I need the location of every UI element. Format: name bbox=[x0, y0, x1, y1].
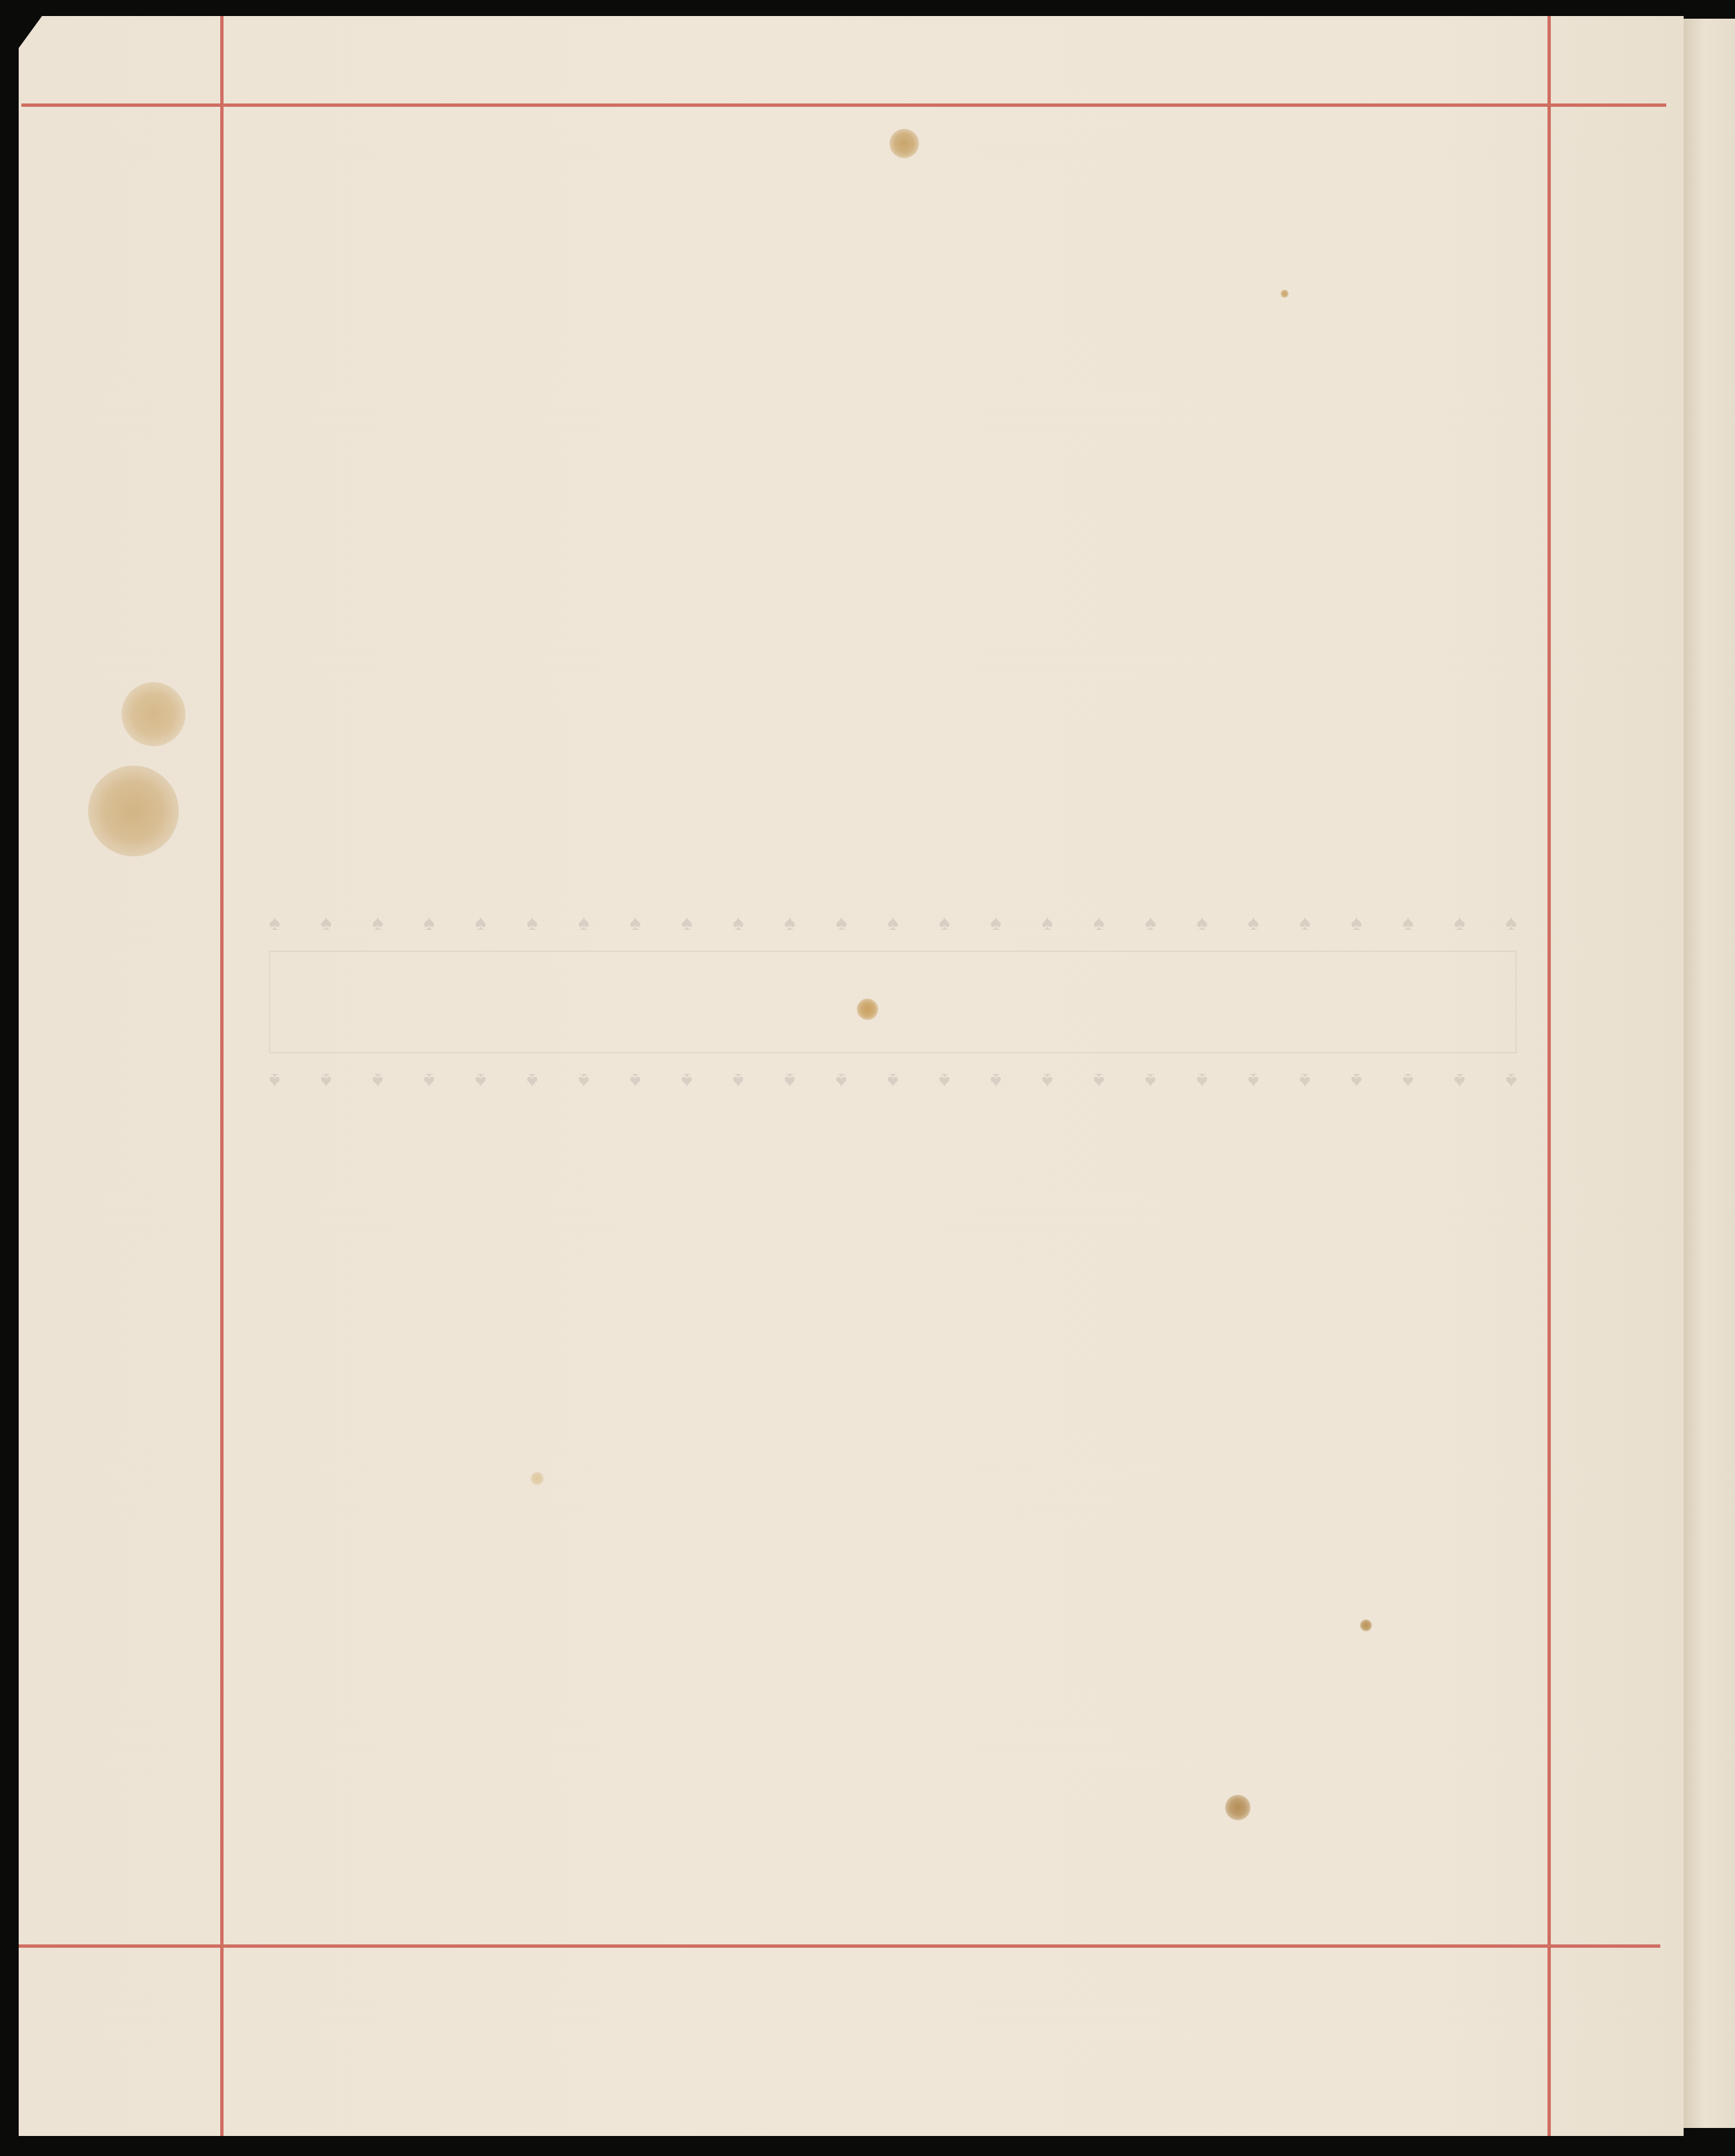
spot-bottom-stain bbox=[1225, 1795, 1251, 1820]
ornament-icon: ♠ bbox=[1454, 1067, 1465, 1093]
ornament-icon: ♠ bbox=[372, 910, 383, 937]
ornament-icon: ♠ bbox=[578, 1067, 589, 1093]
ornament-icon: ♠ bbox=[1402, 910, 1413, 937]
ornament-icon: ♠ bbox=[835, 1067, 847, 1093]
ornament-icon: ♠ bbox=[887, 910, 898, 937]
ornament-icon: ♠ bbox=[939, 910, 950, 937]
ornament-icon: ♠ bbox=[527, 910, 538, 937]
ornament-icon: ♠ bbox=[1093, 910, 1104, 937]
ornament-icon: ♠ bbox=[1144, 1067, 1156, 1093]
ornament-row-bottom: ♠♠♠♠♠♠♠♠♠♠♠♠♠♠♠♠♠♠♠♠♠♠♠♠♠ bbox=[269, 1067, 1517, 1093]
ornament-icon: ♠ bbox=[629, 1067, 641, 1093]
ornament-icon: ♠ bbox=[269, 1067, 280, 1093]
foxing-top-stain bbox=[890, 129, 919, 158]
ornament-icon: ♠ bbox=[681, 1067, 693, 1093]
ornament-icon: ♠ bbox=[424, 1067, 435, 1093]
ornament-icon: ♠ bbox=[1144, 910, 1156, 937]
ornament-icon: ♠ bbox=[1093, 1067, 1104, 1093]
ornament-icon: ♠ bbox=[887, 1067, 898, 1093]
ornament-icon: ♠ bbox=[1351, 910, 1362, 937]
showthrough-title-block: ♠♠♠♠♠♠♠♠♠♠♠♠♠♠♠♠♠♠♠♠♠♠♠♠♠ ♠♠♠♠♠♠♠♠♠♠♠♠♠♠… bbox=[269, 910, 1517, 1151]
adjacent-page-edge bbox=[1684, 19, 1735, 2128]
ornament-icon: ♠ bbox=[1505, 1067, 1517, 1093]
ornament-icon: ♠ bbox=[320, 1067, 332, 1093]
ornament-icon: ♠ bbox=[939, 1067, 950, 1093]
showthrough-frame bbox=[269, 951, 1517, 1053]
ornament-row-top: ♠♠♠♠♠♠♠♠♠♠♠♠♠♠♠♠♠♠♠♠♠♠♠♠♠ bbox=[269, 910, 1517, 937]
ledger-page: ♠♠♠♠♠♠♠♠♠♠♠♠♠♠♠♠♠♠♠♠♠♠♠♠♠ ♠♠♠♠♠♠♠♠♠♠♠♠♠♠… bbox=[19, 16, 1684, 2136]
ornament-icon: ♠ bbox=[1248, 1067, 1259, 1093]
left-margin-rule bbox=[220, 16, 224, 2136]
ornament-icon: ♠ bbox=[1196, 910, 1208, 937]
ornament-icon: ♠ bbox=[1402, 1067, 1413, 1093]
ornament-icon: ♠ bbox=[1351, 1067, 1362, 1093]
ornament-icon: ♠ bbox=[784, 1067, 795, 1093]
spot-center-stain bbox=[857, 999, 878, 1020]
ornament-icon: ♠ bbox=[733, 1067, 744, 1093]
ornament-icon: ♠ bbox=[835, 910, 847, 937]
ornament-icon: ♠ bbox=[1196, 1067, 1208, 1093]
ornament-icon: ♠ bbox=[475, 1067, 486, 1093]
ornament-icon: ♠ bbox=[990, 910, 1002, 937]
spot-right-1-stain bbox=[1281, 290, 1289, 298]
ornament-icon: ♠ bbox=[733, 910, 744, 937]
ornament-icon: ♠ bbox=[1299, 1067, 1311, 1093]
ornament-icon: ♠ bbox=[784, 910, 795, 937]
foxing-left-1-stain bbox=[121, 682, 186, 746]
ornament-icon: ♠ bbox=[990, 1067, 1002, 1093]
ornament-icon: ♠ bbox=[320, 910, 332, 937]
spot-lower-left-stain bbox=[531, 1472, 544, 1485]
ornament-icon: ♠ bbox=[681, 910, 693, 937]
ornament-icon: ♠ bbox=[1042, 1067, 1053, 1093]
ornament-icon: ♠ bbox=[1505, 910, 1517, 937]
right-margin-rule bbox=[1547, 16, 1551, 2136]
foxing-left-2-stain bbox=[88, 766, 179, 856]
ornament-icon: ♠ bbox=[1248, 910, 1259, 937]
ornament-icon: ♠ bbox=[629, 910, 641, 937]
top-margin-rule bbox=[21, 103, 1666, 107]
ornament-icon: ♠ bbox=[1042, 910, 1053, 937]
ornament-icon: ♠ bbox=[475, 910, 486, 937]
bottom-margin-rule bbox=[12, 1944, 1660, 1948]
ornament-icon: ♠ bbox=[1454, 910, 1465, 937]
ornament-icon: ♠ bbox=[269, 910, 280, 937]
spot-right-2-stain bbox=[1360, 1619, 1372, 1631]
ornament-icon: ♠ bbox=[372, 1067, 383, 1093]
ornament-icon: ♠ bbox=[1299, 910, 1311, 937]
ornament-icon: ♠ bbox=[578, 910, 589, 937]
ornament-icon: ♠ bbox=[527, 1067, 538, 1093]
ornament-icon: ♠ bbox=[424, 910, 435, 937]
